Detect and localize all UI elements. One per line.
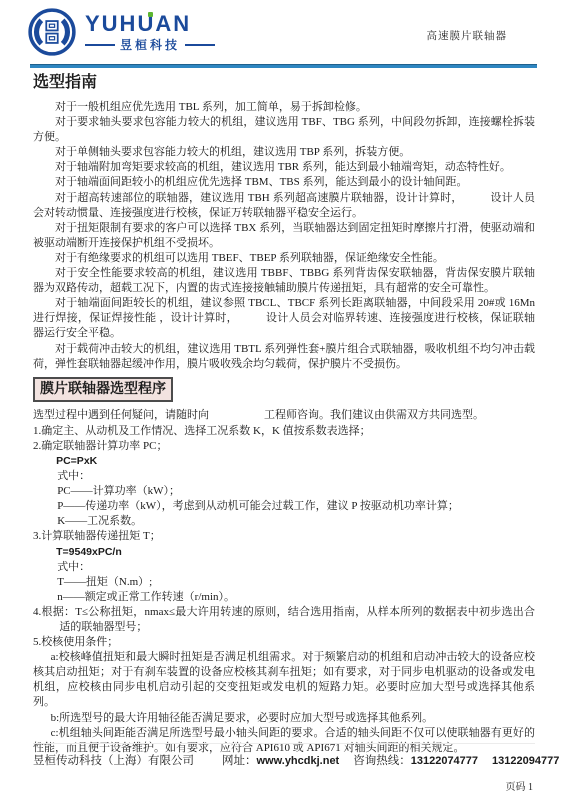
guide-paragraph: 对于安全性能要求较高的机组，建议选用 TBBF、TBBG 系列背齿保安联轴器，背… — [33, 266, 535, 296]
procedure-line: 式中： — [33, 469, 535, 484]
guide-paragraph: 对于轴端附加弯矩要求较高的机组，建议选用 TBR 系列，能达到最小轴端弯矩，动态… — [33, 160, 535, 175]
procedure-formula: PC=PxK — [33, 454, 535, 469]
footer-website-label: 网址： — [222, 755, 257, 767]
guide-paragraph: 对于轴端面间距较小的机组应优先选择 TBM、TBS 系列，能达到最小的设计轴间距… — [33, 175, 535, 190]
guide-paragraph: 对于要求轴头要求包容能力较大的机组，建议选用 TBF、TBG 系列，中间段勿拆卸… — [33, 115, 535, 145]
page-title: 选型指南 — [33, 73, 535, 93]
procedure-line: 5.校核使用条件； — [33, 635, 535, 650]
page-footer: 昱桓传动科技（上海）有限公司网址：www.yhcdkj.net咨询热线：1312… — [33, 743, 535, 768]
procedure-formula: T=9549xPC/n — [33, 545, 535, 560]
guide-paragraph: 对于一般机组应优先选用 TBL 系列，加工简单，易于拆卸检修。 — [33, 100, 535, 115]
procedure-line: K——工况系数。 — [33, 514, 535, 529]
footer-company: 昱桓传动科技（上海）有限公司 — [33, 755, 194, 767]
brand-subname: 昱桓科技 — [120, 39, 180, 51]
footer-hotline-2: 13122094777 — [492, 755, 559, 767]
brand-dash-right — [185, 44, 215, 47]
section-lead: 选型过程中遇到任何疑问，请随时向 工程师咨询。我们建议由供需双方共同选型。 — [33, 408, 535, 423]
header-divider — [30, 64, 537, 68]
guide-paragraph: 对于超高转速部位的联轴器，建议选用 TBH 系列超高速膜片联轴器，设计计算时， … — [33, 191, 535, 221]
footer-website: www.yhcdkj.net — [257, 755, 340, 767]
guide-paragraph: 对于有绝缘要求的机组可以选用 TBEF、TBEP 系列联轴器，保证绝缘安全性能。 — [33, 251, 535, 266]
procedure-line: 2.确定联轴器计算功率 PC； — [33, 439, 535, 454]
guide-paragraph: 对于轴端面间距较长的机组，建议参照 TBCL、TBCF 系列长距离联轴器，中间段… — [33, 296, 535, 341]
yuhuan-emblem-icon — [27, 7, 77, 57]
document-page: YUHUAN 昱桓科技 高速膜片联轴器 选型指南 对于一般机组应优先选用 TBL… — [0, 0, 565, 800]
guide-paragraph: 对于载荷冲击较大的机组，建议选用 TBTL 系列弹性套+膜片组合式联轴器，吸收机… — [33, 342, 535, 372]
section-box-title: 膜片联轴器选型程序 — [33, 377, 173, 402]
procedure-subitem: a:校核峰值扭矩和最大瞬时扭矩是否满足机组需求。对于频繁启动的机组和启动冲击较大… — [33, 650, 535, 710]
procedure-line: 1.确定主、从动机及工作情况、选择工况系数 K，K 值按系数表选择； — [33, 424, 535, 439]
document-title: 高速膜片联轴器 — [427, 28, 508, 43]
brand-text-block: YUHUAN 昱桓科技 — [85, 13, 215, 51]
footer-hotline-1: 13122074777 — [411, 755, 478, 767]
brand-green-dot-icon — [148, 12, 153, 17]
page-header: YUHUAN 昱桓科技 高速膜片联轴器 — [27, 7, 537, 63]
procedure-subitem: b:所选型号的最大许用轴径能否满足要求，必要时应加大型号或选择其他系列。 — [33, 711, 535, 726]
footer-hotline-label: 咨询热线： — [353, 755, 411, 767]
guide-paragraph: 对于扭矩限制有要求的客户可以选择 TBX 系列，当联轴器达到固定扭矩时摩擦片打滑… — [33, 221, 535, 251]
guide-paragraph: 对于单侧轴头要求包容能力较大的机组，建议选用 TBP 系列，拆装方便。 — [33, 145, 535, 160]
procedure-line: n——额定或正常工作转速（r/min）。 — [33, 590, 535, 605]
main-content: 选型指南 对于一般机组应优先选用 TBL 系列，加工简单，易于拆卸检修。 对于要… — [33, 73, 535, 756]
procedure-line: 式中： — [33, 560, 535, 575]
procedure-line: P——传递功率（kW），考虑到从动机可能会过载工作，建议 P 按驱动机功率计算； — [33, 499, 535, 514]
procedure-line: T——扭矩（N.m）; — [33, 575, 535, 590]
procedure-line: 4.根据：T≤公称扭矩，nmax≤最大许用转速的原则，结合选用指南，从样本所列的… — [33, 605, 535, 635]
brand-dash-left — [85, 44, 115, 47]
page-number: 页码 1 — [506, 778, 534, 793]
procedure-line: PC——计算功率（kW）； — [33, 484, 535, 499]
procedure-line: 3.计算联轴器传递扭矩 T； — [33, 529, 535, 544]
